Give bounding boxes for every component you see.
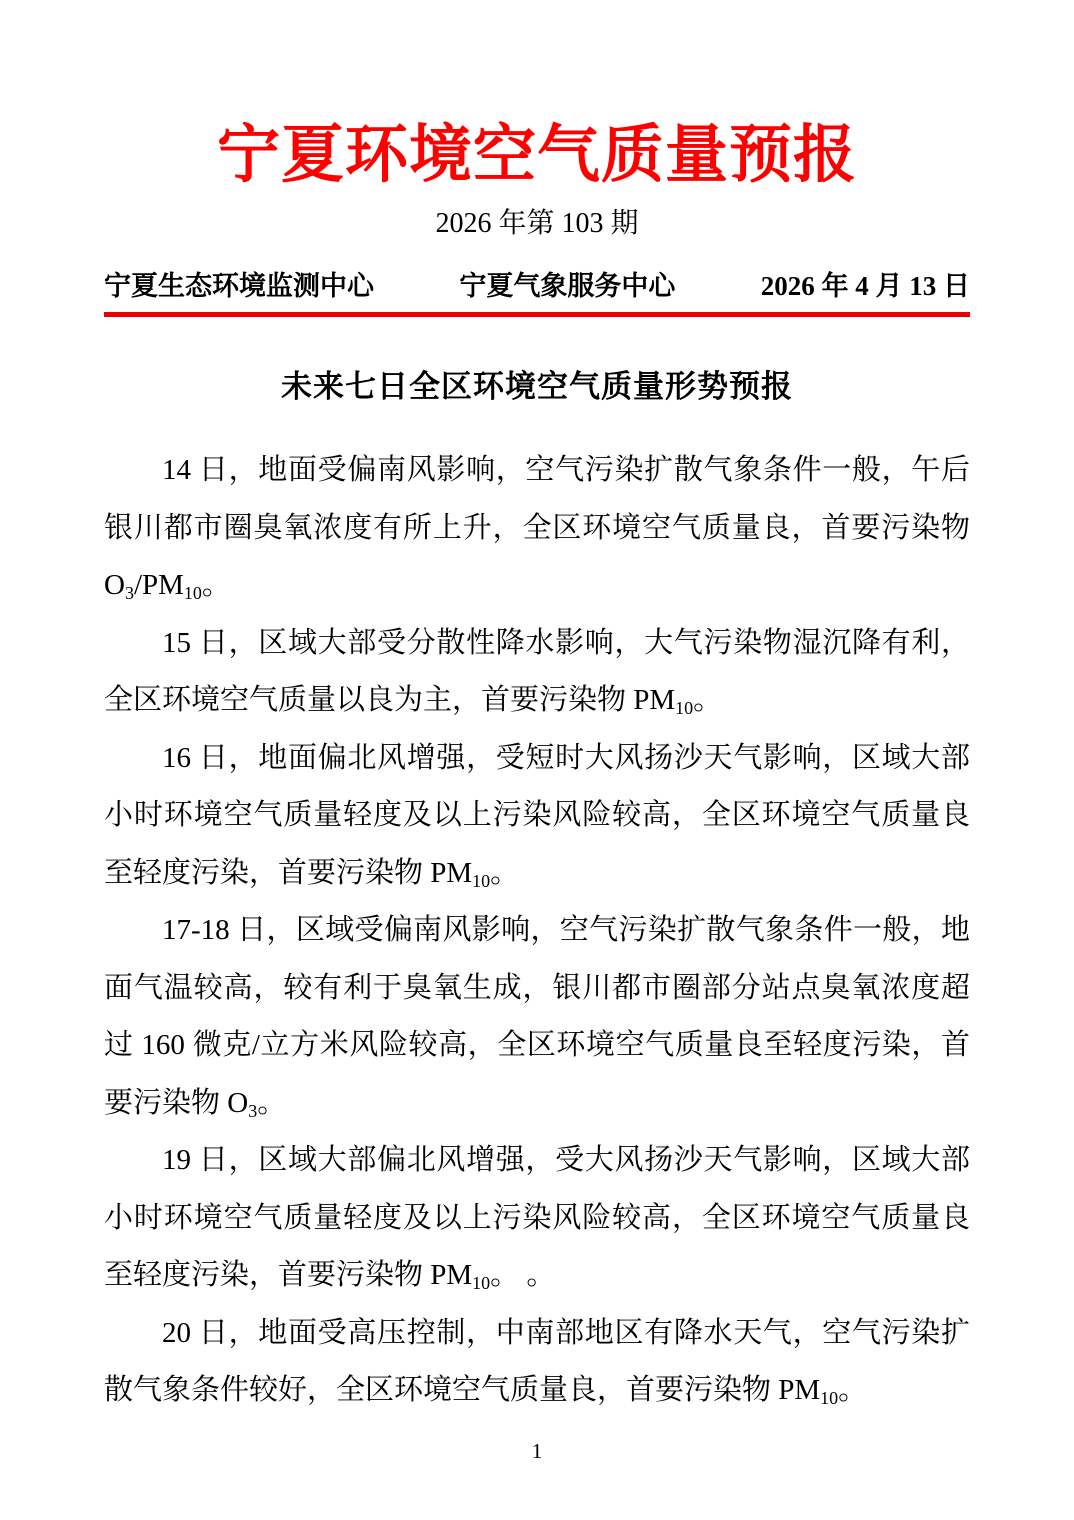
- pollutant-subscript: 10: [472, 871, 490, 891]
- red-divider-rule: [104, 312, 970, 317]
- forecast-paragraph: 20 日，地面受高压控制，中南部地区有降水天气，空气污染扩散气象条件较好，全区环…: [104, 1305, 970, 1420]
- pollutant-subscript: 3: [248, 1101, 257, 1121]
- forecast-paragraph: 14 日，地面受偏南风影响，空气污染扩散气象条件一般，午后银川都市圈臭氧浓度有所…: [104, 442, 970, 615]
- forecast-paragraphs: 14 日，地面受偏南风影响，空气污染扩散气象条件一般，午后银川都市圈臭氧浓度有所…: [104, 442, 970, 1420]
- section-heading: 未来七日全区环境空气质量形势预报: [104, 361, 970, 406]
- pollutant-subscript: 3: [125, 583, 134, 603]
- forecast-paragraph: 15 日，区域大部受分散性降水影响，大气污染物湿沉降有利，全区环境空气质量以良为…: [104, 615, 970, 730]
- forecast-paragraph: 16 日，地面偏北风增强，受短时大风扬沙天气影响，区域大部小时环境空气质量轻度及…: [104, 730, 970, 903]
- pollutant-subscript: 10: [675, 698, 693, 718]
- page-number: 1: [0, 1439, 1074, 1464]
- issuer-row: 宁夏生态环境监测中心 宁夏气象服务中心 2026 年 4 月 13 日: [104, 264, 970, 312]
- pollutant-subscript: 10: [820, 1388, 838, 1408]
- issuer-left: 宁夏生态环境监测中心: [104, 264, 374, 303]
- pollutant-subscript: 10: [184, 583, 202, 603]
- issue-date: 2026 年 4 月 13 日: [761, 264, 970, 303]
- document-title: 宁夏环境空气质量预报: [104, 0, 970, 195]
- pollutant-subscript: 10: [472, 1273, 490, 1293]
- issuer-center: 宁夏气象服务中心: [459, 264, 675, 303]
- forecast-paragraph: 19 日，区域大部偏北风增强，受大风扬沙天气影响，区域大部小时环境空气质量轻度及…: [104, 1132, 970, 1305]
- document-page: 宁夏环境空气质量预报 2026 年第 103 期 宁夏生态环境监测中心 宁夏气象…: [0, 0, 1074, 1520]
- issue-number-line: 2026 年第 103 期: [104, 207, 970, 241]
- forecast-paragraph: 17-18 日，区域受偏南风影响，空气污染扩散气象条件一般，地面气温较高，较有利…: [104, 902, 970, 1132]
- document-content: 宁夏环境空气质量预报 2026 年第 103 期 宁夏生态环境监测中心 宁夏气象…: [0, 0, 1074, 1420]
